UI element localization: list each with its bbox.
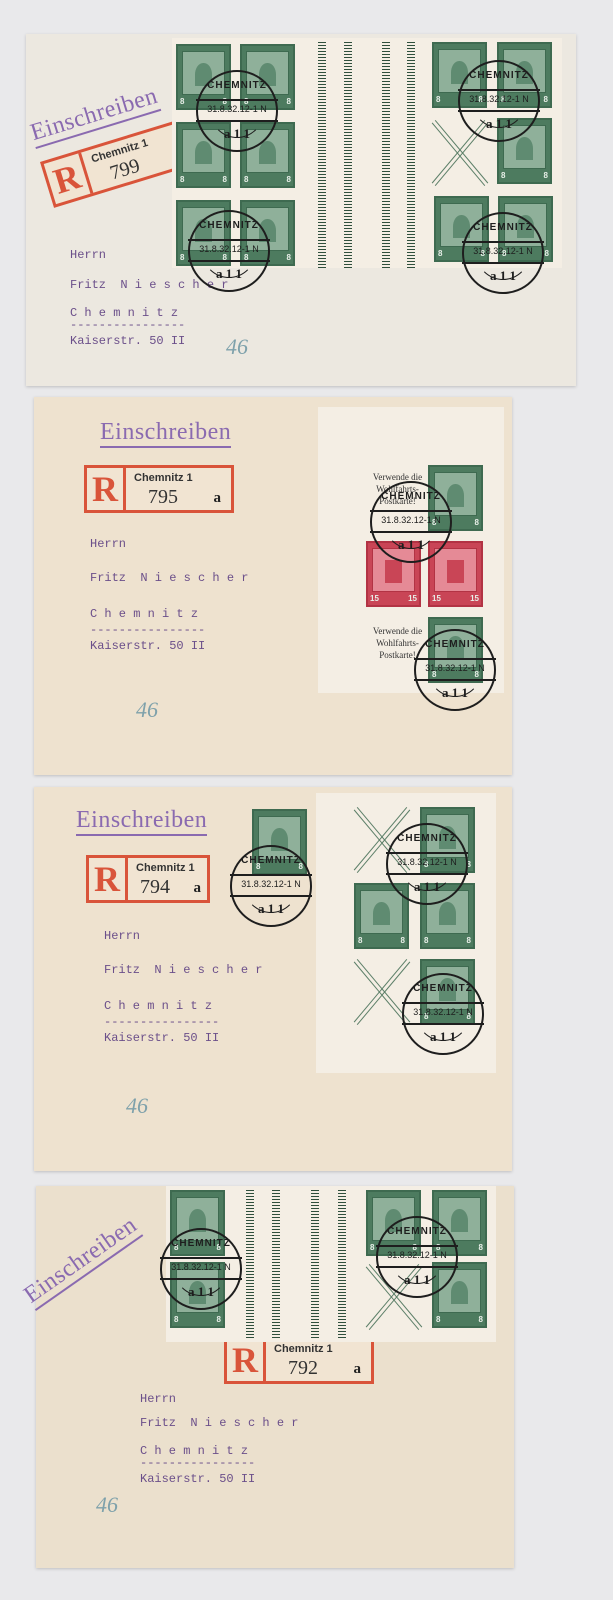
address-salutation: Herrn <box>104 929 140 943</box>
address-street: Kaiserstr. 50 II <box>140 1472 255 1486</box>
registration-office: Chemnitz 1 <box>274 1343 333 1355</box>
address-salutation: Herrn <box>90 537 126 551</box>
einschreiben-handstamp: Einschreiben <box>76 807 207 836</box>
address-name: Fritz N i e s c h e r <box>140 1416 298 1430</box>
registration-number: 795 <box>148 486 178 509</box>
pencil-note: 46 <box>126 1093 148 1119</box>
postmark: CHEMNITZ31.8.32.12-1 Na 1 1 <box>230 845 312 927</box>
postmark: CHEMNITZ31.8.32.12-1 Na 1 1 <box>386 823 468 905</box>
gutter-strip <box>338 1190 346 1338</box>
cover-3: Einschreiben R Chemnitz 1 794 a Herrn Fr… <box>34 787 512 1171</box>
address-street: Kaiserstr. 50 II <box>70 334 185 348</box>
einschreiben-handstamp: Einschreiben <box>19 1212 143 1311</box>
postmark: CHEMNITZ31.8.32.12-1 Na 1 1 <box>458 60 540 142</box>
gutter-strip <box>382 42 390 270</box>
registration-r: R <box>227 1339 266 1381</box>
address-street: Kaiserstr. 50 II <box>90 639 205 653</box>
postmark: CHEMNITZ31.8.32.12-1 Na 1 1 <box>196 70 278 152</box>
gutter-strip <box>407 42 415 270</box>
address-salutation: Herrn <box>70 248 106 262</box>
registration-label: R Chemnitz 1 795 a <box>84 465 234 513</box>
registration-number: 792 <box>288 1357 318 1380</box>
cover-2: Einschreiben R Chemnitz 1 795 a Herrn Fr… <box>34 397 512 775</box>
registration-suffix: a <box>354 1361 362 1378</box>
cover-4: Einschreiben R Chemnitz 1 792 a Herrn Fr… <box>36 1186 514 1568</box>
registration-suffix: a <box>214 490 222 507</box>
gutter-strip <box>311 1190 319 1338</box>
registration-number: 794 <box>140 876 170 899</box>
cross-field <box>354 959 409 1025</box>
gutter-strip <box>272 1190 280 1338</box>
pencil-note: 46 <box>96 1492 118 1518</box>
address-street: Kaiserstr. 50 II <box>104 1031 219 1045</box>
registration-r: R <box>87 468 126 510</box>
address-underline: ---------------- <box>70 318 185 332</box>
postmark: CHEMNITZ31.8.32.12-1 Na 1 1 <box>370 481 452 563</box>
registration-office: Chemnitz 1 <box>136 862 195 874</box>
address-underline: ---------------- <box>90 623 205 637</box>
gutter-strip <box>246 1190 254 1338</box>
postmark: CHEMNITZ31.8.32.12-1 Na 1 1 <box>188 210 270 292</box>
address-underline: ---------------- <box>140 1456 255 1470</box>
postmark: CHEMNITZ31.8.32.12-1 Na 1 1 <box>414 629 496 711</box>
address-city: C h e m n i t z <box>90 607 198 621</box>
address-name: Fritz N i e s c h e r <box>90 571 248 585</box>
registration-label: R Chemnitz 1 794 a <box>86 855 210 903</box>
registration-r: R <box>89 858 128 900</box>
pencil-note: 46 <box>226 334 248 360</box>
postmark: CHEMNITZ31.8.32.12-1 Na 1 1 <box>402 973 484 1055</box>
address-city: C h e m n i t z <box>104 999 212 1013</box>
address-underline: ---------------- <box>104 1015 219 1029</box>
registration-suffix: a <box>194 880 202 897</box>
postmark: CHEMNITZ31.8.32.12-1 Na 1 1 <box>376 1216 458 1298</box>
address-salutation: Herrn <box>140 1392 176 1406</box>
einschreiben-handstamp: Einschreiben <box>100 419 231 448</box>
gutter-strip <box>344 42 352 270</box>
postmark: CHEMNITZ31.8.32.12-1 Na 1 1 <box>160 1228 242 1310</box>
address-name: Fritz N i e s c h e r <box>104 963 262 977</box>
registration-office: Chemnitz 1 <box>134 472 193 484</box>
postmark: CHEMNITZ31.8.32.12-1 Na 1 1 <box>462 212 544 294</box>
cover-1: Einschreiben R Chemnitz 1 799 a Herrn Fr… <box>26 34 576 386</box>
registration-label: R Chemnitz 1 792 a <box>224 1336 374 1384</box>
pencil-note: 46 <box>136 697 158 723</box>
gutter-strip <box>318 42 326 270</box>
